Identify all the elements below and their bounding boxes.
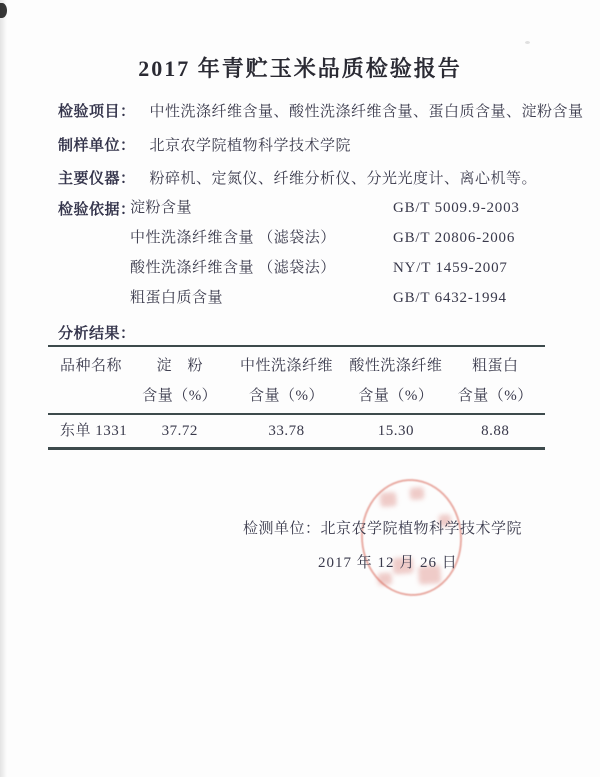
seal-ink-smudge [377, 572, 392, 585]
scan-speck-artifact [525, 41, 530, 44]
field-inspection-items: 检验项目：中性洗涤纤维含量、酸性洗涤纤维含量、蛋白质含量、淀粉含量 [58, 100, 584, 121]
report-date: 2017 年 12 月 26 日 [318, 551, 458, 572]
column-header-crude-protein: 粗蛋白 含量（%） [446, 346, 545, 414]
basis-row: 粗蛋白质含量 GB/T 6432-1994 [58, 288, 570, 318]
inspection-basis-section: 检验依据： 淀粉含量 GB/T 5009.9-2003 中性洗涤纤维含量 （滤袋… [58, 198, 570, 318]
field-value: 中性洗涤纤维含量、酸性洗涤纤维含量、蛋白质含量、淀粉含量 [150, 104, 584, 120]
field-label: 检验项目： [58, 104, 136, 120]
basis-standard: GB/T 20806-2006 [393, 228, 515, 248]
seal-ink-smudge [410, 487, 425, 500]
testing-unit-line: 检测单位：北京农学院植物科学技术学院 [243, 517, 522, 538]
table-header-row: 品种名称 淀 粉 含量（%） 中性洗涤纤维 含量（%） 酸性洗涤纤维 含量（%）… [48, 346, 545, 414]
basis-row: 酸性洗涤纤维含量 （滤袋法） NY/T 1459-2007 [58, 258, 570, 288]
cell-variety-name: 东单 1331 [48, 414, 132, 449]
basis-standard: NY/T 1459-2007 [393, 258, 508, 278]
scan-edge-shadow [0, 0, 7, 777]
cell-crude-protein-content: 8.88 [446, 414, 545, 449]
cell-adf-content: 15.30 [346, 414, 445, 449]
report-title: 2017 年青贮玉米品质检验报告 [0, 52, 600, 83]
field-label: 主要仪器： [58, 171, 136, 187]
field-label: 制样单位： [58, 138, 136, 154]
analysis-results-label: 分析结果： [58, 322, 136, 343]
basis-item: 中性洗涤纤维含量 （滤袋法） [130, 230, 336, 246]
basis-standard: GB/T 6432-1994 [393, 288, 507, 308]
cell-ndf-content: 33.78 [227, 414, 346, 449]
basis-row: 中性洗涤纤维含量 （滤袋法） GB/T 20806-2006 [58, 228, 570, 258]
scanned-report-page: 2017 年青贮玉米品质检验报告 检验项目：中性洗涤纤维含量、酸性洗涤纤维含量、… [0, 0, 600, 777]
testing-unit-label: 检测单位： [243, 521, 321, 537]
column-header-adf: 酸性洗涤纤维 含量（%） [346, 346, 445, 414]
basis-item: 淀粉含量 [130, 200, 192, 216]
field-value: 粉碎机、定氮仪、纤维分析仪、分光光度计、离心机等。 [150, 171, 538, 187]
column-header-variety: 品种名称 [48, 346, 132, 414]
field-value: 北京农学院植物科学技术学院 [150, 138, 352, 154]
basis-item: 酸性洗涤纤维含量 （滤袋法） [130, 260, 336, 276]
column-header-ndf: 中性洗涤纤维 含量（%） [227, 346, 346, 414]
table-row: 东单 1331 37.72 33.78 15.30 8.88 [48, 414, 545, 449]
cell-starch-content: 37.72 [132, 414, 226, 449]
results-table: 品种名称 淀 粉 含量（%） 中性洗涤纤维 含量（%） 酸性洗涤纤维 含量（%）… [48, 345, 545, 450]
column-header-starch: 淀 粉 含量（%） [132, 346, 226, 414]
seal-ink-smudge [380, 492, 397, 507]
field-sampling-unit: 制样单位：北京农学院植物科学技术学院 [58, 134, 351, 155]
field-main-instruments: 主要仪器：粉碎机、定氮仪、纤维分析仪、分光光度计、离心机等。 [58, 167, 537, 188]
testing-unit-value: 北京农学院植物科学技术学院 [321, 521, 523, 537]
basis-standard: GB/T 5009.9-2003 [393, 198, 520, 218]
basis-row: 淀粉含量 GB/T 5009.9-2003 [58, 198, 570, 228]
basis-item: 粗蛋白质含量 [130, 290, 223, 306]
